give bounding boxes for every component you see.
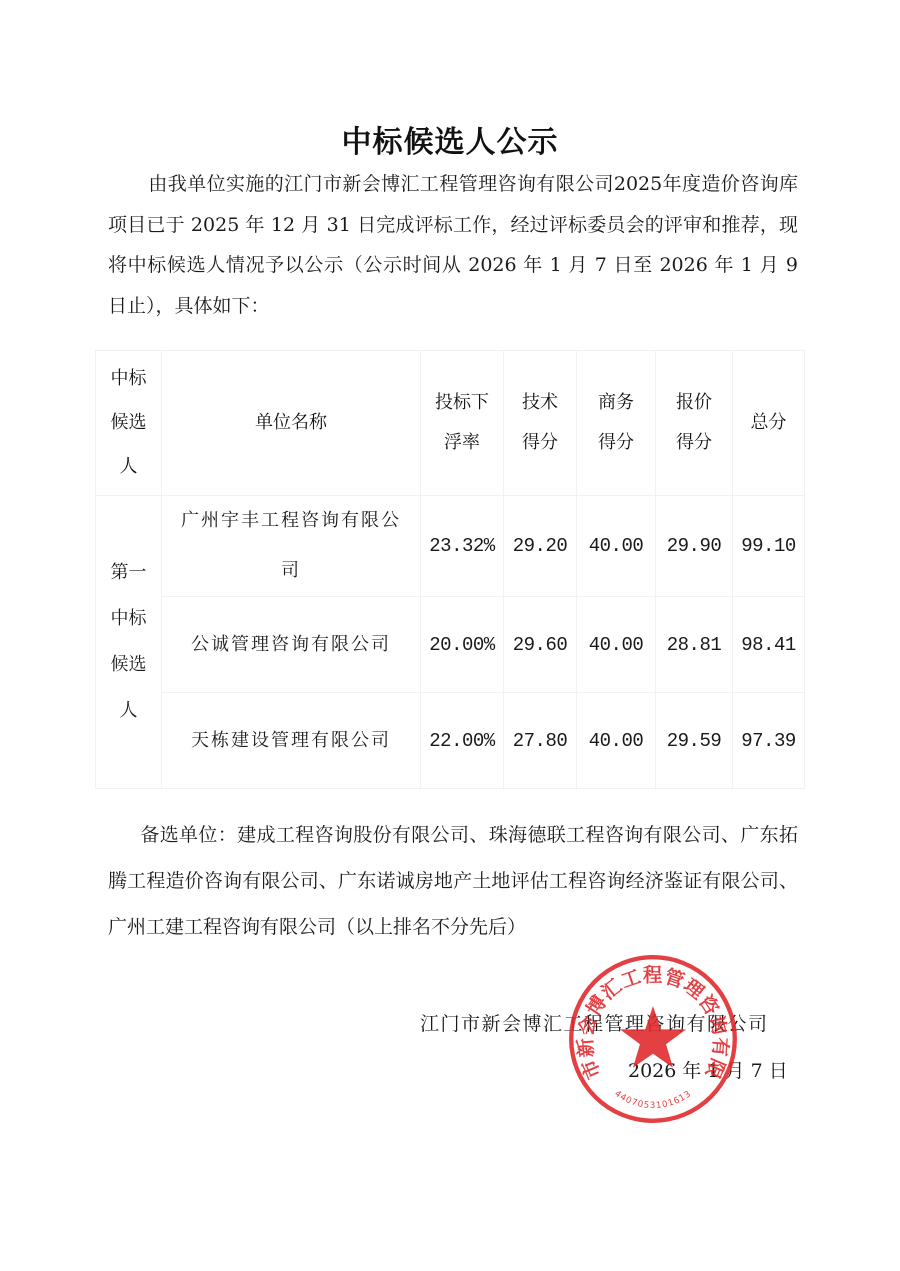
- header-commercial-score: 商务得分: [577, 351, 656, 496]
- discount-rate: 20.00%: [421, 597, 504, 693]
- header-price-score: 报价得分: [656, 351, 733, 496]
- svg-text:4407053101613: 4407053101613: [612, 1089, 693, 1111]
- header-discount-rate: 投标下浮率: [421, 351, 504, 496]
- alternates-paragraph: 备选单位：建成工程咨询股份有限公司、珠海德联工程咨询有限公司、广东拓腾工程造价咨…: [108, 812, 798, 950]
- table-row: 公诚管理咨询有限公司 20.00% 29.60 40.00 28.81 98.4…: [96, 597, 805, 693]
- commercial-score: 40.00: [577, 496, 656, 597]
- table-row: 第一中标候选人 广州宇丰工程咨询有限公司 23.32% 29.20 40.00 …: [96, 496, 805, 597]
- bid-candidates-table: 中标候选人 单位名称 投标下浮率 技术得分 商务得分 报价得分 总分 第一中标候…: [95, 350, 805, 789]
- commercial-score: 40.00: [577, 693, 656, 789]
- price-score: 29.59: [656, 693, 733, 789]
- company-name: 天栋建设管理有限公司: [162, 693, 421, 789]
- technical-score: 29.60: [504, 597, 577, 693]
- rank-cell: 第一中标候选人: [96, 496, 162, 789]
- page-title: 中标候选人公示: [0, 117, 900, 161]
- discount-rate: 23.32%: [421, 496, 504, 597]
- company-name: 公诚管理咨询有限公司: [162, 597, 421, 693]
- header-technical-score: 技术得分: [504, 351, 577, 496]
- company-name: 广州宇丰工程咨询有限公司: [162, 496, 421, 597]
- table-row: 天栋建设管理有限公司 22.00% 27.80 40.00 29.59 97.3…: [96, 693, 805, 789]
- svg-text:江门市新会博汇工程管理咨询有限公司: 江门市新会博汇工程管理咨询有限公司: [566, 952, 732, 1083]
- technical-score: 29.20: [504, 496, 577, 597]
- intro-paragraph: 由我单位实施的江门市新会博汇工程管理咨询有限公司2025年度造价咨询库项目已于 …: [108, 164, 798, 326]
- company-seal-icon: 江门市新会博汇工程管理咨询有限公司 4407053101613: [566, 952, 740, 1126]
- table-header-row: 中标候选人 单位名称 投标下浮率 技术得分 商务得分 报价得分 总分: [96, 351, 805, 496]
- total-score: 98.41: [733, 597, 805, 693]
- header-candidate: 中标候选人: [96, 351, 162, 496]
- discount-rate: 22.00%: [421, 693, 504, 789]
- header-total-score: 总分: [733, 351, 805, 496]
- price-score: 28.81: [656, 597, 733, 693]
- alternates-text: 备选单位：建成工程咨询股份有限公司、珠海德联工程咨询有限公司、广东拓腾工程造价咨…: [108, 824, 798, 938]
- header-company-name: 单位名称: [162, 351, 421, 496]
- total-score: 99.10: [733, 496, 805, 597]
- commercial-score: 40.00: [577, 597, 656, 693]
- price-score: 29.90: [656, 496, 733, 597]
- intro-text: 由我单位实施的江门市新会博汇工程管理咨询有限公司2025年度造价咨询库项目已于 …: [108, 173, 798, 317]
- total-score: 97.39: [733, 693, 805, 789]
- technical-score: 27.80: [504, 693, 577, 789]
